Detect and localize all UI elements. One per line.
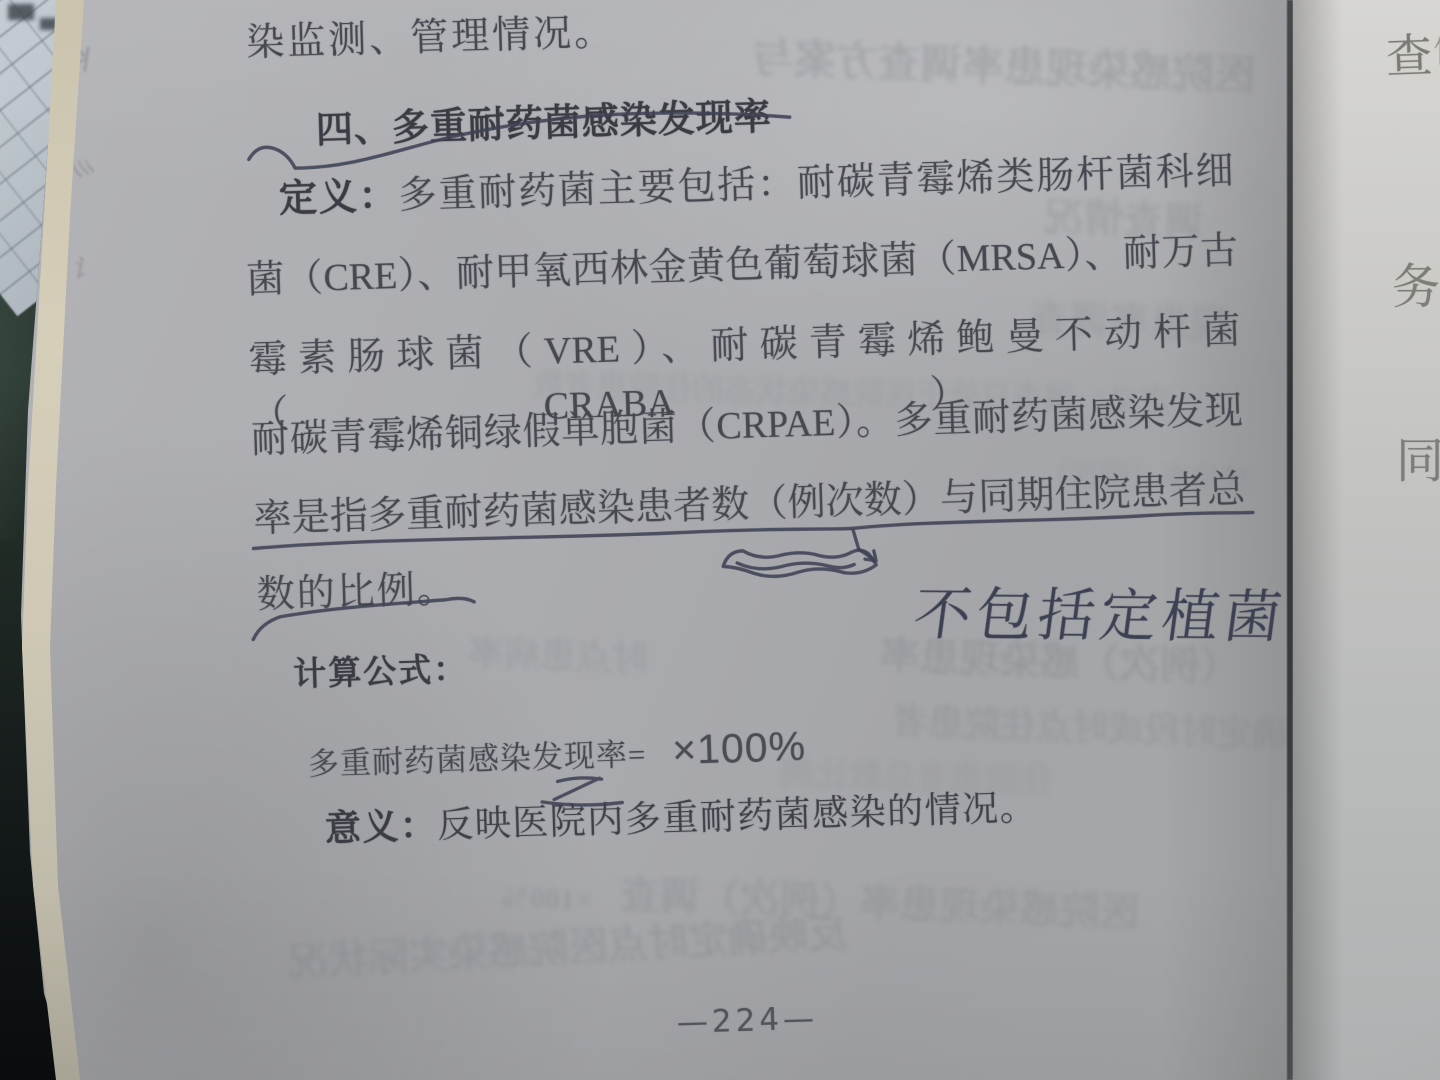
meaning-label: 意义： bbox=[324, 804, 438, 848]
adjacent-page-character: 同 bbox=[1396, 422, 1440, 491]
meaning-text: 反映医院内多重耐药菌感染的情况。 bbox=[437, 787, 1038, 845]
formula-blank-space bbox=[647, 764, 673, 765]
meaning-line: 意义：反映医院内多重耐药菌感染的情况。 bbox=[324, 779, 1038, 851]
form-print-smudge bbox=[8, 4, 34, 20]
formula-lhs: 多重耐药菌感染发现率= bbox=[307, 737, 646, 782]
formula-rhs: ×100% bbox=[672, 723, 807, 773]
squiggle-inner-stroke bbox=[737, 559, 854, 570]
handwritten-note: 不包括定植菌 bbox=[909, 569, 1292, 654]
formula-heading: 计算公式： bbox=[292, 643, 468, 695]
carryover-text-line: 染监测、管理情况。 bbox=[245, 0, 616, 66]
squiggle-banner-stroke bbox=[723, 547, 877, 578]
definition-text: 多重耐药菌主要包括：耐碳青霉烯类肠杆菌科细 bbox=[398, 150, 1234, 217]
section-heading: 四、多重耐药菌感染发现率 bbox=[315, 86, 772, 154]
definition-line-6: 数的比例。 bbox=[256, 557, 458, 618]
page-content: 染监测、管理情况。 四、多重耐药菌感染发现率 定义：多重耐药菌主要包括：耐碳青霉… bbox=[228, 0, 1272, 1080]
definition-line-5: 率是指多重耐药菌感染患者数（例次数）与同期住院患者总 bbox=[253, 458, 1246, 543]
definition-line-2: 菌（CRE）、耐甲氧西林金黄色葡萄球菌（MRSA）、耐万古 bbox=[245, 219, 1238, 304]
definition-label: 定义： bbox=[278, 175, 399, 221]
adjacent-page-character: 体 bbox=[1433, 16, 1440, 73]
photo-of-book-page: 医院感染现患率调查方案与调查情况现患率调查定义：调查日处于医院感染状态的住院患者… bbox=[0, 0, 1440, 1080]
adjacent-page: 查体务同 bbox=[1293, 0, 1440, 1080]
arrowhead-stroke bbox=[859, 549, 876, 562]
page-number: —224— bbox=[676, 1001, 818, 1041]
definition-line-1: 定义：多重耐药菌主要包括：耐碳青霉烯类肠杆菌科细 bbox=[278, 139, 1234, 223]
adjacent-page-character: 查 bbox=[1385, 19, 1433, 87]
underline-connector-stroke bbox=[853, 530, 859, 549]
formula-line: 多重耐药菌感染发现率=×100% bbox=[307, 723, 806, 785]
adjacent-page-character: 务 bbox=[1392, 248, 1440, 317]
